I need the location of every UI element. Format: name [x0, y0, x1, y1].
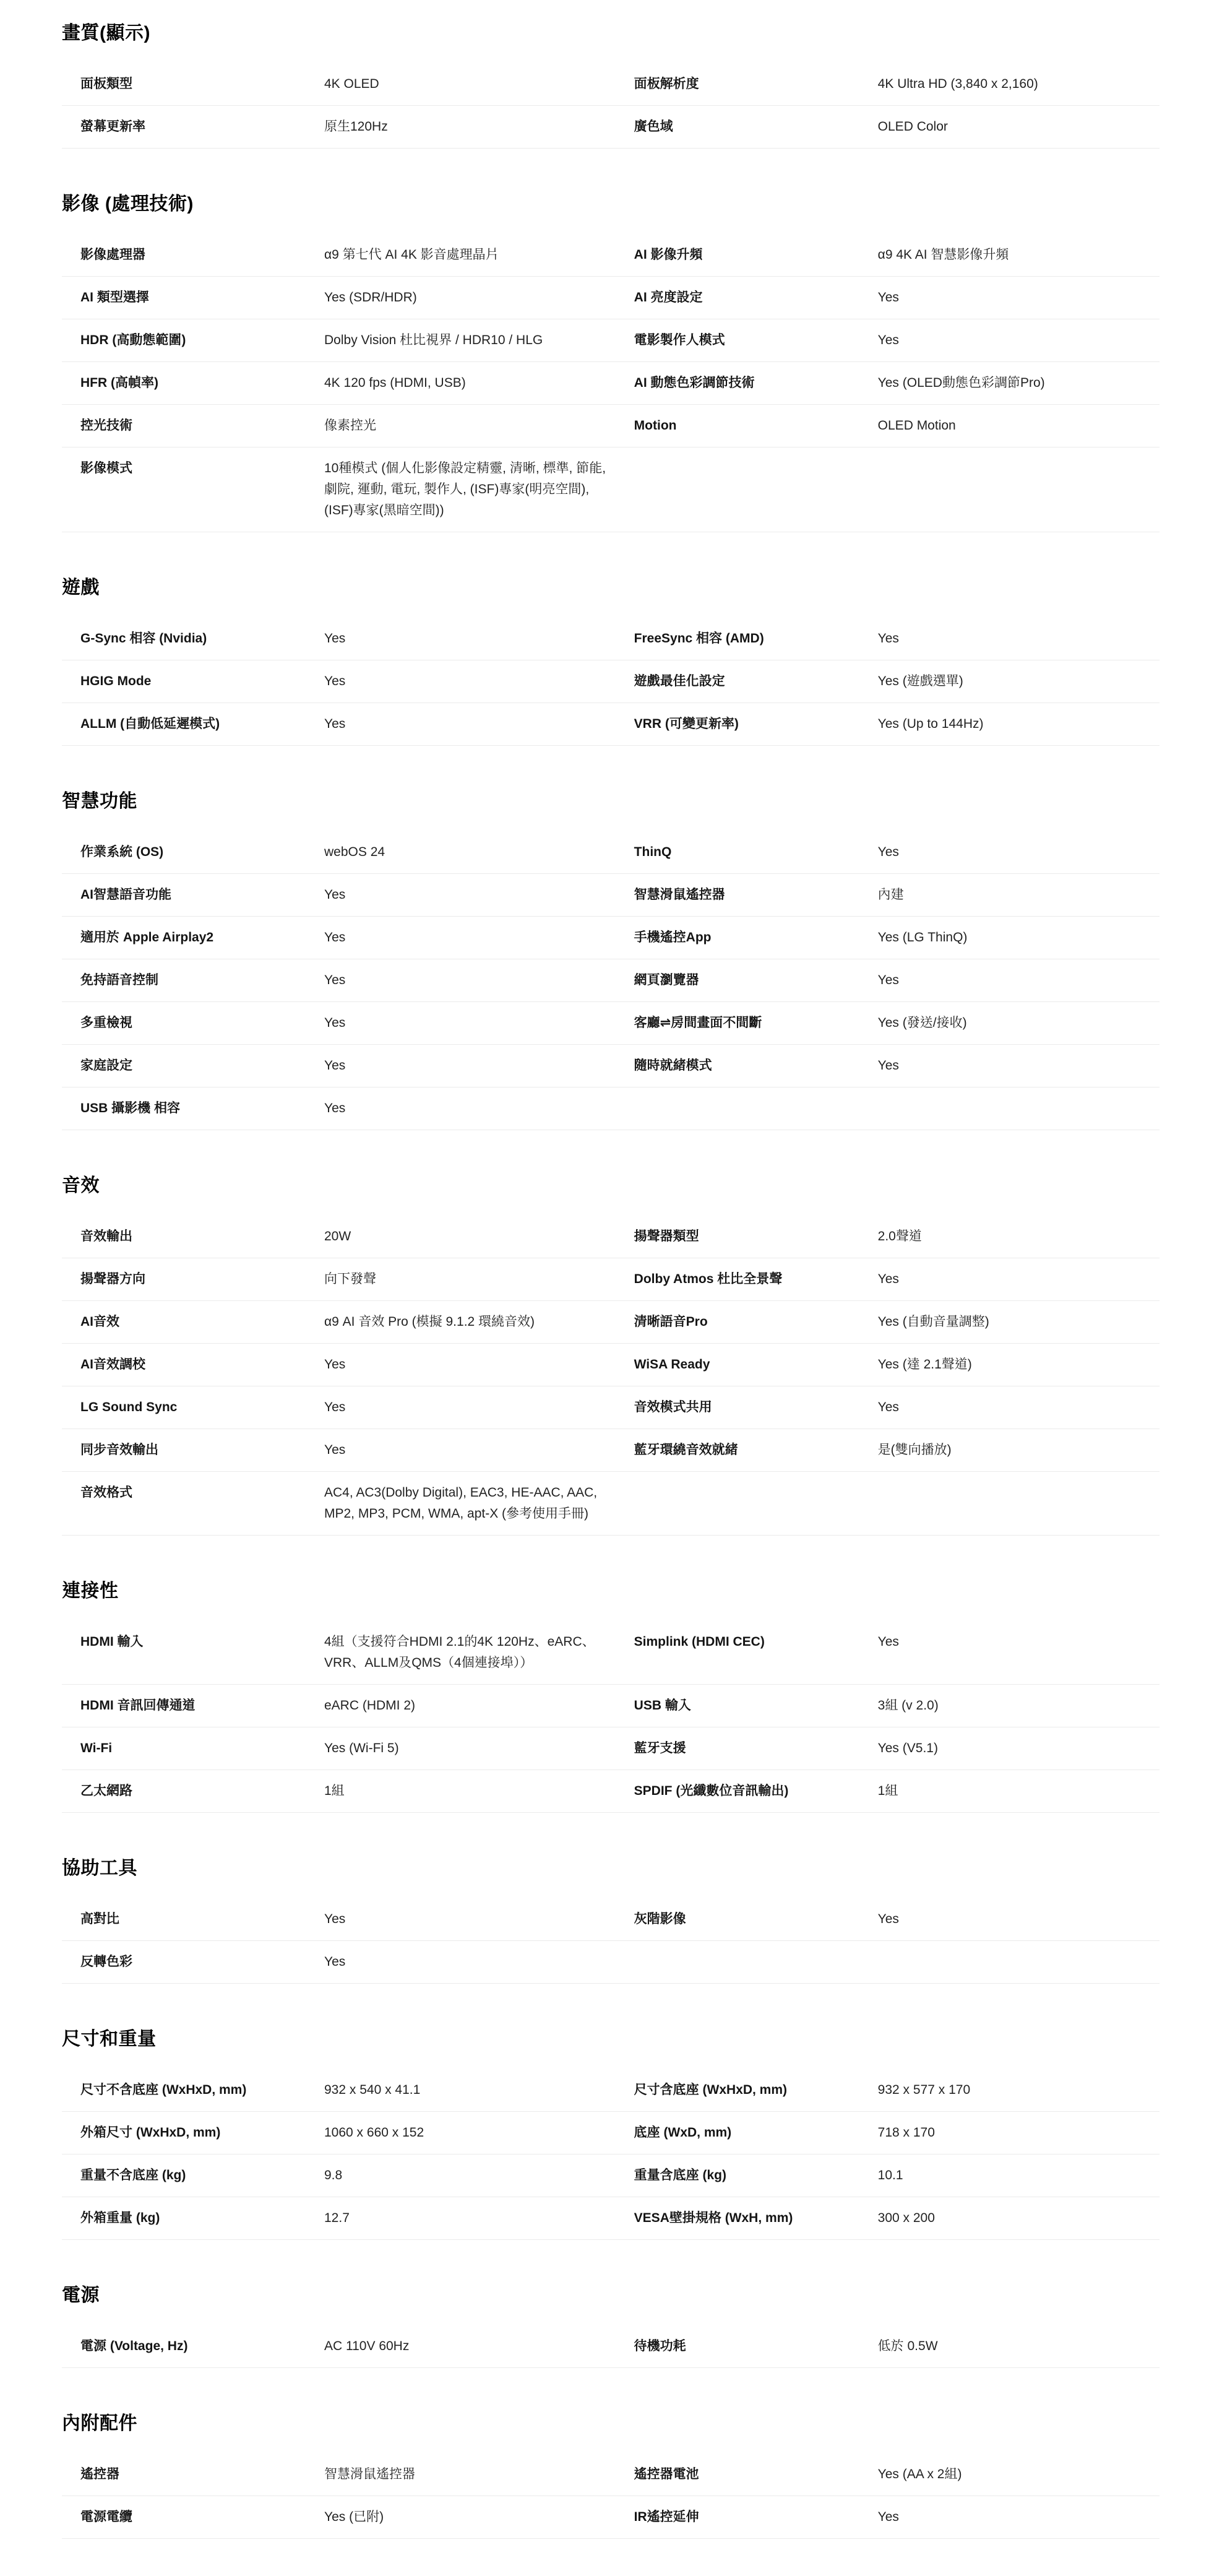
- spec-row: 音效輸出 20W 揚聲器類型 2.0聲道: [62, 1216, 1160, 1258]
- spec-row: 同步音效輸出 Yes 藍牙環繞音效就緒 是(雙向播放): [62, 1429, 1160, 1472]
- spec-cell-right: 清晰語音Pro Yes (自動音量調整): [634, 1312, 1160, 1333]
- spec-cell-left: 作業系統 (OS) webOS 24: [80, 842, 634, 863]
- spec-value: Yes: [324, 1055, 619, 1076]
- spec-cell-right: 底座 (WxD, mm) 718 x 170: [634, 2122, 1160, 2143]
- spec-value: 4K OLED: [324, 74, 619, 95]
- spec-value: α9 第七代 AI 4K 影音處理晶片: [324, 244, 619, 266]
- spec-row: LG Sound Sync Yes 音效模式共用 Yes: [62, 1386, 1160, 1429]
- spec-label: 家庭設定: [80, 1055, 324, 1076]
- spec-rows: 遙控器 智慧滑鼠遙控器 遙控器電池 Yes (AA x 2組) 電源電纜 Yes…: [62, 2453, 1160, 2539]
- spec-row: HDR (高動態範圍) Dolby Vision 杜比視界 / HDR10 / …: [62, 319, 1160, 362]
- spec-value: Yes: [324, 1951, 619, 1973]
- spec-value: 10種模式 (個人化影像設定精靈, 清晰, 標準, 節能, 劇院, 運動, 電玩…: [324, 458, 619, 521]
- spec-label: 揚聲器類型: [634, 1226, 878, 1247]
- spec-row: 外箱重量 (kg) 12.7 VESA壁掛規格 (WxH, mm) 300 x …: [62, 2197, 1160, 2240]
- spec-cell-right: AI 影像升頻 α9 4K AI 智慧影像升頻: [634, 244, 1160, 266]
- spec-label: 灰階影像: [634, 1909, 878, 1930]
- spec-label: 多重檢視: [80, 1013, 324, 1034]
- spec-value: 932 x 540 x 41.1: [324, 2080, 619, 2101]
- spec-cell-right: 灰階影像 Yes: [634, 1909, 1160, 1930]
- spec-label: AI音效: [80, 1312, 324, 1333]
- spec-rows: 音效輸出 20W 揚聲器類型 2.0聲道 揚聲器方向 向下發聲 Dolby At…: [62, 1216, 1160, 1536]
- spec-cell-right: 客廳⇌房間畫面不間斷 Yes (發送/接收): [634, 1013, 1160, 1034]
- spec-label: 藍牙支援: [634, 1738, 878, 1759]
- spec-label: AI 動態色彩調節技術: [634, 373, 878, 394]
- spec-cell-right: WiSA Ready Yes (達 2.1聲道): [634, 1354, 1160, 1375]
- spec-section: 畫質(顯示) 面板類型 4K OLED 面板解析度 4K Ultra HD (3…: [62, 17, 1160, 149]
- spec-label: 電影製作人模式: [634, 330, 878, 351]
- spec-label: VESA壁掛規格 (WxH, mm): [634, 2208, 878, 2229]
- spec-value: Yes: [878, 1269, 1160, 1290]
- spec-label: Simplink (HDMI CEC): [634, 1632, 878, 1653]
- spec-cell-left: ALLM (自動低延遲模式) Yes: [80, 714, 634, 735]
- spec-label: 面板解析度: [634, 74, 878, 95]
- spec-value: Yes: [878, 842, 1160, 863]
- section-title: 電源: [62, 2280, 1160, 2307]
- spec-value: Yes (自動音量調整): [878, 1312, 1160, 1333]
- spec-label: 清晰語音Pro: [634, 1312, 878, 1333]
- spec-label: 遙控器: [80, 2464, 324, 2485]
- spec-value: 9.8: [324, 2165, 619, 2186]
- spec-row: 螢幕更新率 原生120Hz 廣色域 OLED Color: [62, 106, 1160, 149]
- spec-value: 是(雙向播放): [878, 1440, 1160, 1461]
- spec-row: G-Sync 相容 (Nvidia) Yes FreeSync 相容 (AMD)…: [62, 618, 1160, 660]
- spec-label: 作業系統 (OS): [80, 842, 324, 863]
- spec-row: ALLM (自動低延遲模式) Yes VRR (可變更新率) Yes (Up t…: [62, 703, 1160, 746]
- spec-value: Yes: [878, 1909, 1160, 1930]
- spec-row: 乙太網路 1組 SPDIF (光纖數位音訊輸出) 1組: [62, 1770, 1160, 1813]
- spec-cell-right: SPDIF (光纖數位音訊輸出) 1組: [634, 1781, 1160, 1802]
- spec-cell-left: 影像模式 10種模式 (個人化影像設定精靈, 清晰, 標準, 節能, 劇院, 運…: [80, 458, 634, 521]
- spec-cell-left: AI 類型選擇 Yes (SDR/HDR): [80, 287, 634, 308]
- spec-value: 1組: [324, 1781, 619, 1802]
- spec-row: 免持語音控制 Yes 網頁瀏覽器 Yes: [62, 959, 1160, 1002]
- spec-label: AI 類型選擇: [80, 287, 324, 308]
- spec-label: 控光技術: [80, 415, 324, 436]
- spec-rows: HDMI 輸入 4組（支援符合HDMI 2.1的4K 120Hz、eARC、VR…: [62, 1621, 1160, 1813]
- spec-value: 932 x 577 x 170: [878, 2080, 1160, 2101]
- spec-label: G-Sync 相容 (Nvidia): [80, 628, 324, 649]
- spec-label: 免持語音控制: [80, 970, 324, 991]
- spec-label: AI 亮度設定: [634, 287, 878, 308]
- spec-label: 音效模式共用: [634, 1397, 878, 1418]
- spec-value: Yes: [324, 628, 619, 649]
- spec-label: 尺寸不含底座 (WxHxD, mm): [80, 2080, 324, 2101]
- spec-cell-left: 適用於 Apple Airplay2 Yes: [80, 927, 634, 948]
- spec-label: 客廳⇌房間畫面不間斷: [634, 1013, 878, 1034]
- spec-value: 20W: [324, 1226, 619, 1247]
- spec-label: 影像模式: [80, 458, 324, 479]
- spec-value: Yes: [324, 671, 619, 692]
- spec-value: Yes (達 2.1聲道): [878, 1354, 1160, 1375]
- section-title: 連接性: [62, 1575, 1160, 1602]
- spec-cell-left: 反轉色彩 Yes: [80, 1951, 634, 1973]
- spec-cell-right: Motion OLED Motion: [634, 415, 1160, 436]
- spec-label: 底座 (WxD, mm): [634, 2122, 878, 2143]
- spec-value: 718 x 170: [878, 2122, 1160, 2143]
- spec-cell-left: AI智慧語音功能 Yes: [80, 884, 634, 905]
- spec-label: 同步音效輸出: [80, 1440, 324, 1461]
- spec-sheet: 畫質(顯示) 面板類型 4K OLED 面板解析度 4K Ultra HD (3…: [0, 0, 1209, 2576]
- spec-label: USB 輸入: [634, 1695, 878, 1716]
- section-title: 影像 (處理技術): [62, 188, 1160, 215]
- spec-value: 智慧滑鼠遙控器: [324, 2464, 619, 2485]
- spec-label: 揚聲器方向: [80, 1269, 324, 1290]
- spec-value: Yes: [324, 714, 619, 735]
- spec-cell-left: 同步音效輸出 Yes: [80, 1440, 634, 1461]
- section-title: 智慧功能: [62, 785, 1160, 813]
- spec-section: 智慧功能 作業系統 (OS) webOS 24 ThinQ Yes AI智慧語音…: [62, 785, 1160, 1130]
- spec-value: Yes (已附): [324, 2507, 619, 2528]
- spec-value: 4K 120 fps (HDMI, USB): [324, 373, 619, 394]
- spec-row: 音效格式 AC4, AC3(Dolby Digital), EAC3, HE-A…: [62, 1472, 1160, 1536]
- spec-cell-right: VESA壁掛規格 (WxH, mm) 300 x 200: [634, 2208, 1160, 2229]
- spec-label: VRR (可變更新率): [634, 714, 878, 735]
- spec-value: 像素控光: [324, 415, 619, 436]
- spec-value: Yes: [324, 1013, 619, 1034]
- spec-label: AI 影像升頻: [634, 244, 878, 266]
- spec-label: 遙控器電池: [634, 2464, 878, 2485]
- spec-cell-left: HGIG Mode Yes: [80, 671, 634, 692]
- spec-cell-right: VRR (可變更新率) Yes (Up to 144Hz): [634, 714, 1160, 735]
- spec-value: Yes: [324, 970, 619, 991]
- spec-section: 尺寸和重量 尺寸不含底座 (WxHxD, mm) 932 x 540 x 41.…: [62, 2023, 1160, 2240]
- spec-value: 2.0聲道: [878, 1226, 1160, 1247]
- section-title: 內附配件: [62, 2408, 1160, 2435]
- spec-rows: 尺寸不含底座 (WxHxD, mm) 932 x 540 x 41.1 尺寸含底…: [62, 2069, 1160, 2240]
- spec-label: AI智慧語音功能: [80, 884, 324, 905]
- spec-cell-left: 高對比 Yes: [80, 1909, 634, 1930]
- spec-cell-left: 家庭設定 Yes: [80, 1055, 634, 1076]
- spec-label: HGIG Mode: [80, 671, 324, 692]
- spec-section: 遊戲 G-Sync 相容 (Nvidia) Yes FreeSync 相容 (A…: [62, 572, 1160, 746]
- spec-cell-right: 手機遙控App Yes (LG ThinQ): [634, 927, 1160, 948]
- spec-cell-right: 藍牙環繞音效就緒 是(雙向播放): [634, 1440, 1160, 1461]
- spec-cell-left: 電源電纜 Yes (已附): [80, 2507, 634, 2528]
- spec-row: 作業系統 (OS) webOS 24 ThinQ Yes: [62, 831, 1160, 874]
- spec-row: HDMI 輸入 4組（支援符合HDMI 2.1的4K 120Hz、eARC、VR…: [62, 1621, 1160, 1685]
- spec-label: FreeSync 相容 (AMD): [634, 628, 878, 649]
- spec-section: 影像 (處理技術) 影像處理器 α9 第七代 AI 4K 影音處理晶片 AI 影…: [62, 188, 1160, 532]
- spec-label: HDMI 輸入: [80, 1632, 324, 1653]
- spec-cell-left: HFR (高幀率) 4K 120 fps (HDMI, USB): [80, 373, 634, 394]
- spec-cell-left: HDR (高動態範圍) Dolby Vision 杜比視界 / HDR10 / …: [80, 330, 634, 351]
- spec-label: SPDIF (光纖數位音訊輸出): [634, 1781, 878, 1802]
- spec-rows: 高對比 Yes 灰階影像 Yes 反轉色彩 Yes: [62, 1898, 1160, 1984]
- spec-value: OLED Color: [878, 116, 1160, 137]
- spec-value: 4組（支援符合HDMI 2.1的4K 120Hz、eARC、VRR、ALLM及Q…: [324, 1632, 619, 1674]
- spec-value: Yes: [878, 1397, 1160, 1418]
- spec-cell-left: 音效格式 AC4, AC3(Dolby Digital), EAC3, HE-A…: [80, 1482, 634, 1524]
- section-title: 尺寸和重量: [62, 2023, 1160, 2051]
- spec-value: Yes: [878, 1632, 1160, 1653]
- spec-value: 300 x 200: [878, 2208, 1160, 2229]
- spec-value: Yes (發送/接收): [878, 1013, 1160, 1034]
- spec-value: 內建: [878, 884, 1160, 905]
- spec-cell-left: 控光技術 像素控光: [80, 415, 634, 436]
- spec-cell-right: AI 動態色彩調節技術 Yes (OLED動態色彩調節Pro): [634, 373, 1160, 394]
- spec-value: eARC (HDMI 2): [324, 1695, 619, 1716]
- spec-value: Yes: [324, 884, 619, 905]
- spec-value: Yes: [324, 1098, 619, 1119]
- spec-value: Yes: [324, 1440, 619, 1461]
- spec-cell-right: 面板解析度 4K Ultra HD (3,840 x 2,160): [634, 74, 1160, 95]
- spec-row: HDMI 音訊回傳通道 eARC (HDMI 2) USB 輸入 3組 (v 2…: [62, 1685, 1160, 1727]
- section-title: 音效: [62, 1170, 1160, 1197]
- spec-cell-left: 尺寸不含底座 (WxHxD, mm) 932 x 540 x 41.1: [80, 2080, 634, 2101]
- spec-cell-left: 多重檢視 Yes: [80, 1013, 634, 1034]
- spec-cell-left: 電源 (Voltage, Hz) AC 110V 60Hz: [80, 2336, 634, 2357]
- spec-label: 反轉色彩: [80, 1951, 324, 1973]
- spec-row: 家庭設定 Yes 隨時就緒模式 Yes: [62, 1045, 1160, 1087]
- spec-cell-right: IR遙控延伸 Yes: [634, 2507, 1160, 2528]
- spec-label: Wi-Fi: [80, 1738, 324, 1759]
- spec-cell-left: 影像處理器 α9 第七代 AI 4K 影音處理晶片: [80, 244, 634, 266]
- spec-row: HFR (高幀率) 4K 120 fps (HDMI, USB) AI 動態色彩…: [62, 362, 1160, 405]
- spec-row: 反轉色彩 Yes: [62, 1941, 1160, 1984]
- spec-label: 螢幕更新率: [80, 116, 324, 137]
- spec-cell-right: 網頁瀏覽器 Yes: [634, 970, 1160, 991]
- spec-value: Yes (AA x 2組): [878, 2464, 1160, 2485]
- spec-label: 外箱尺寸 (WxHxD, mm): [80, 2122, 324, 2143]
- spec-value: Yes (遊戲選單): [878, 671, 1160, 692]
- spec-label: 外箱重量 (kg): [80, 2208, 324, 2229]
- spec-rows: 作業系統 (OS) webOS 24 ThinQ Yes AI智慧語音功能 Ye…: [62, 831, 1160, 1130]
- spec-label: Dolby Atmos 杜比全景聲: [634, 1269, 878, 1290]
- spec-value: Yes: [324, 1909, 619, 1930]
- spec-value: 低於 0.5W: [878, 2336, 1160, 2357]
- spec-row: 重量不含底座 (kg) 9.8 重量含底座 (kg) 10.1: [62, 2155, 1160, 2197]
- spec-cell-right: 音效模式共用 Yes: [634, 1397, 1160, 1418]
- spec-cell-left: 外箱重量 (kg) 12.7: [80, 2208, 634, 2229]
- spec-value: Yes: [878, 628, 1160, 649]
- spec-section: 協助工具 高對比 Yes 灰階影像 Yes 反轉色彩 Yes: [62, 1852, 1160, 1984]
- spec-cell-right: Dolby Atmos 杜比全景聲 Yes: [634, 1269, 1160, 1290]
- spec-value: Yes: [878, 330, 1160, 351]
- spec-value: Yes: [324, 1354, 619, 1375]
- spec-row: HGIG Mode Yes 遊戲最佳化設定 Yes (遊戲選單): [62, 660, 1160, 703]
- spec-cell-left: LG Sound Sync Yes: [80, 1397, 634, 1418]
- spec-label: 重量不含底座 (kg): [80, 2165, 324, 2186]
- spec-value: Yes (Up to 144Hz): [878, 714, 1160, 735]
- spec-label: 隨時就緒模式: [634, 1055, 878, 1076]
- spec-row: 尺寸不含底座 (WxHxD, mm) 932 x 540 x 41.1 尺寸含底…: [62, 2069, 1160, 2112]
- spec-label: 面板類型: [80, 74, 324, 95]
- spec-value: AC4, AC3(Dolby Digital), EAC3, HE-AAC, A…: [324, 1482, 619, 1524]
- spec-row: 面板類型 4K OLED 面板解析度 4K Ultra HD (3,840 x …: [62, 63, 1160, 106]
- spec-row: USB 攝影機 相容 Yes: [62, 1087, 1160, 1130]
- spec-cell-left: Wi-Fi Yes (Wi-Fi 5): [80, 1738, 634, 1759]
- spec-value: α9 AI 音效 Pro (模擬 9.1.2 環繞音效): [324, 1312, 619, 1333]
- spec-row: 適用於 Apple Airplay2 Yes 手機遙控App Yes (LG T…: [62, 917, 1160, 959]
- spec-label: WiSA Ready: [634, 1354, 878, 1375]
- spec-rows: 面板類型 4K OLED 面板解析度 4K Ultra HD (3,840 x …: [62, 63, 1160, 149]
- spec-label: ALLM (自動低延遲模式): [80, 714, 324, 735]
- spec-value: 3組 (v 2.0): [878, 1695, 1160, 1716]
- spec-rows: G-Sync 相容 (Nvidia) Yes FreeSync 相容 (AMD)…: [62, 618, 1160, 746]
- spec-label: 音效輸出: [80, 1226, 324, 1247]
- spec-row: Wi-Fi Yes (Wi-Fi 5) 藍牙支援 Yes (V5.1): [62, 1727, 1160, 1770]
- spec-cell-left: USB 攝影機 相容 Yes: [80, 1098, 634, 1119]
- spec-value: α9 4K AI 智慧影像升頻: [878, 244, 1160, 266]
- spec-label: Motion: [634, 415, 878, 436]
- spec-cell-left: AI音效 α9 AI 音效 Pro (模擬 9.1.2 環繞音效): [80, 1312, 634, 1333]
- spec-label: IR遙控延伸: [634, 2507, 878, 2528]
- spec-value: Yes (SDR/HDR): [324, 287, 619, 308]
- spec-cell-left: 螢幕更新率 原生120Hz: [80, 116, 634, 137]
- spec-cell-right: 智慧滑鼠遙控器 內建: [634, 884, 1160, 905]
- spec-sections: 畫質(顯示) 面板類型 4K OLED 面板解析度 4K Ultra HD (3…: [62, 17, 1160, 2539]
- spec-label: 重量含底座 (kg): [634, 2165, 878, 2186]
- spec-value: Yes: [878, 2507, 1160, 2528]
- spec-cell-left: 外箱尺寸 (WxHxD, mm) 1060 x 660 x 152: [80, 2122, 634, 2143]
- spec-label: 網頁瀏覽器: [634, 970, 878, 991]
- spec-section: 電源 電源 (Voltage, Hz) AC 110V 60Hz 待機功耗 低於…: [62, 2280, 1160, 2368]
- spec-value: webOS 24: [324, 842, 619, 863]
- spec-cell-left: HDMI 輸入 4組（支援符合HDMI 2.1的4K 120Hz、eARC、VR…: [80, 1632, 634, 1674]
- spec-label: HDMI 音訊回傳通道: [80, 1695, 324, 1716]
- spec-row: AI 類型選擇 Yes (SDR/HDR) AI 亮度設定 Yes: [62, 277, 1160, 319]
- spec-cell-right: 遊戲最佳化設定 Yes (遊戲選單): [634, 671, 1160, 692]
- spec-cell-right: USB 輸入 3組 (v 2.0): [634, 1695, 1160, 1716]
- spec-value: Yes (V5.1): [878, 1738, 1160, 1759]
- spec-rows: 電源 (Voltage, Hz) AC 110V 60Hz 待機功耗 低於 0.…: [62, 2325, 1160, 2368]
- spec-cell-right: 廣色域 OLED Color: [634, 116, 1160, 137]
- spec-value: Yes: [878, 287, 1160, 308]
- section-title: 遊戲: [62, 572, 1160, 599]
- spec-rows: 影像處理器 α9 第七代 AI 4K 影音處理晶片 AI 影像升頻 α9 4K …: [62, 234, 1160, 532]
- spec-value: Yes: [324, 1397, 619, 1418]
- spec-row: 影像處理器 α9 第七代 AI 4K 影音處理晶片 AI 影像升頻 α9 4K …: [62, 234, 1160, 277]
- spec-value: Yes: [324, 927, 619, 948]
- spec-cell-right: Simplink (HDMI CEC) Yes: [634, 1632, 1160, 1653]
- spec-label: ThinQ: [634, 842, 878, 863]
- spec-label: 廣色域: [634, 116, 878, 137]
- spec-cell-right: ThinQ Yes: [634, 842, 1160, 863]
- spec-row: 電源 (Voltage, Hz) AC 110V 60Hz 待機功耗 低於 0.…: [62, 2325, 1160, 2368]
- spec-label: 乙太網路: [80, 1781, 324, 1802]
- spec-cell-left: AI音效調校 Yes: [80, 1354, 634, 1375]
- spec-row: 揚聲器方向 向下發聲 Dolby Atmos 杜比全景聲 Yes: [62, 1258, 1160, 1301]
- spec-cell-right: 揚聲器類型 2.0聲道: [634, 1226, 1160, 1247]
- spec-value: 4K Ultra HD (3,840 x 2,160): [878, 74, 1160, 95]
- spec-label: 智慧滑鼠遙控器: [634, 884, 878, 905]
- spec-value: Yes (LG ThinQ): [878, 927, 1160, 948]
- spec-value: OLED Motion: [878, 415, 1160, 436]
- spec-value: 1組: [878, 1781, 1160, 1802]
- spec-row: 外箱尺寸 (WxHxD, mm) 1060 x 660 x 152 底座 (Wx…: [62, 2112, 1160, 2155]
- spec-cell-left: 面板類型 4K OLED: [80, 74, 634, 95]
- spec-cell-right: 電影製作人模式 Yes: [634, 330, 1160, 351]
- spec-cell-left: HDMI 音訊回傳通道 eARC (HDMI 2): [80, 1695, 634, 1716]
- spec-cell-right: 遙控器電池 Yes (AA x 2組): [634, 2464, 1160, 2485]
- spec-label: 尺寸含底座 (WxHxD, mm): [634, 2080, 878, 2101]
- spec-row: 高對比 Yes 灰階影像 Yes: [62, 1898, 1160, 1941]
- spec-value: Yes (OLED動態色彩調節Pro): [878, 373, 1160, 394]
- spec-section: 內附配件 遙控器 智慧滑鼠遙控器 遙控器電池 Yes (AA x 2組) 電源電…: [62, 2408, 1160, 2539]
- spec-cell-right: 藍牙支援 Yes (V5.1): [634, 1738, 1160, 1759]
- spec-value: 向下發聲: [324, 1269, 619, 1290]
- spec-label: 影像處理器: [80, 244, 324, 266]
- spec-cell-right: 重量含底座 (kg) 10.1: [634, 2165, 1160, 2186]
- spec-cell-left: 免持語音控制 Yes: [80, 970, 634, 991]
- spec-section: 連接性 HDMI 輸入 4組（支援符合HDMI 2.1的4K 120Hz、eAR…: [62, 1575, 1160, 1813]
- spec-label: LG Sound Sync: [80, 1397, 324, 1418]
- spec-value: Yes (Wi-Fi 5): [324, 1738, 619, 1759]
- spec-cell-left: 乙太網路 1組: [80, 1781, 634, 1802]
- spec-value: Dolby Vision 杜比視界 / HDR10 / HLG: [324, 330, 619, 351]
- spec-label: 藍牙環繞音效就緒: [634, 1440, 878, 1461]
- spec-value: 10.1: [878, 2165, 1160, 2186]
- spec-cell-right: 隨時就緒模式 Yes: [634, 1055, 1160, 1076]
- spec-cell-right: 尺寸含底座 (WxHxD, mm) 932 x 577 x 170: [634, 2080, 1160, 2101]
- spec-value: AC 110V 60Hz: [324, 2336, 619, 2357]
- spec-label: HFR (高幀率): [80, 373, 324, 394]
- spec-label: USB 攝影機 相容: [80, 1098, 324, 1119]
- spec-value: Yes: [878, 1055, 1160, 1076]
- spec-cell-left: 音效輸出 20W: [80, 1226, 634, 1247]
- spec-cell-right: FreeSync 相容 (AMD) Yes: [634, 628, 1160, 649]
- spec-row: 影像模式 10種模式 (個人化影像設定精靈, 清晰, 標準, 節能, 劇院, 運…: [62, 447, 1160, 532]
- spec-label: 音效格式: [80, 1482, 324, 1503]
- spec-row: AI智慧語音功能 Yes 智慧滑鼠遙控器 內建: [62, 874, 1160, 917]
- spec-label: 待機功耗: [634, 2336, 878, 2357]
- spec-label: 電源電纜: [80, 2507, 324, 2528]
- spec-cell-left: 遙控器 智慧滑鼠遙控器: [80, 2464, 634, 2485]
- spec-label: 遊戲最佳化設定: [634, 671, 878, 692]
- spec-value: 1060 x 660 x 152: [324, 2122, 619, 2143]
- section-title: 畫質(顯示): [62, 17, 1160, 45]
- section-title: 協助工具: [62, 1852, 1160, 1880]
- spec-label: 手機遙控App: [634, 927, 878, 948]
- spec-label: 高對比: [80, 1909, 324, 1930]
- spec-row: AI音效調校 Yes WiSA Ready Yes (達 2.1聲道): [62, 1344, 1160, 1386]
- spec-cell-left: G-Sync 相容 (Nvidia) Yes: [80, 628, 634, 649]
- spec-label: HDR (高動態範圍): [80, 330, 324, 351]
- spec-cell-right: 待機功耗 低於 0.5W: [634, 2336, 1160, 2357]
- spec-row: 遙控器 智慧滑鼠遙控器 遙控器電池 Yes (AA x 2組): [62, 2453, 1160, 2496]
- spec-row: 多重檢視 Yes 客廳⇌房間畫面不間斷 Yes (發送/接收): [62, 1002, 1160, 1045]
- spec-row: 電源電纜 Yes (已附) IR遙控延伸 Yes: [62, 2496, 1160, 2539]
- spec-cell-left: 揚聲器方向 向下發聲: [80, 1269, 634, 1290]
- spec-cell-left: 重量不含底座 (kg) 9.8: [80, 2165, 634, 2186]
- spec-value: 12.7: [324, 2208, 619, 2229]
- spec-value: Yes: [878, 970, 1160, 991]
- spec-row: AI音效 α9 AI 音效 Pro (模擬 9.1.2 環繞音效) 清晰語音Pr…: [62, 1301, 1160, 1344]
- spec-label: 適用於 Apple Airplay2: [80, 927, 324, 948]
- spec-label: AI音效調校: [80, 1354, 324, 1375]
- spec-label: 電源 (Voltage, Hz): [80, 2336, 324, 2357]
- spec-value: 原生120Hz: [324, 116, 619, 137]
- spec-section: 音效 音效輸出 20W 揚聲器類型 2.0聲道 揚聲器方向 向下發聲 Dolby…: [62, 1170, 1160, 1536]
- spec-cell-right: AI 亮度設定 Yes: [634, 287, 1160, 308]
- spec-row: 控光技術 像素控光 Motion OLED Motion: [62, 405, 1160, 447]
